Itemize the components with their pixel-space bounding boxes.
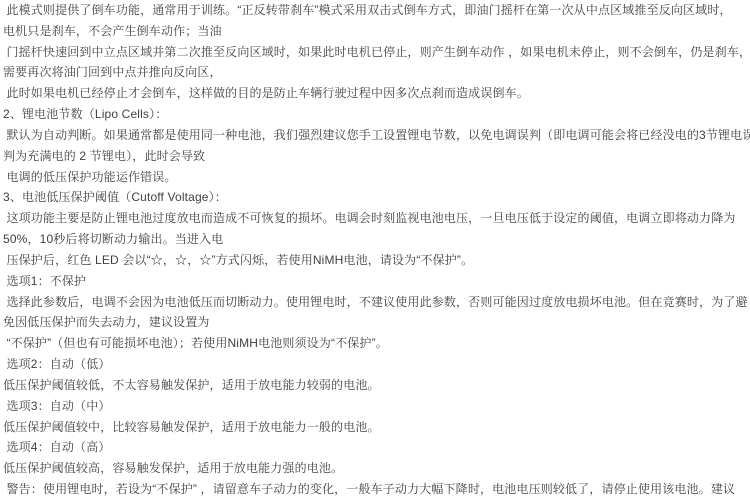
option-1-description-line-2: 免因低压保护而失去动力，建议设置为 [3,312,750,333]
option-4-label: 选项4：自动（高） [3,437,750,458]
cutoff-voltage-text-line-2: 50%，10秒后将切断动力输出。当进入电 [3,229,750,250]
option-1-description-line-1: 选择此参数后，电调不会因为电池低压而切断动力。使用锂电时，不建议使用此参数，否则… [3,292,750,313]
lipo-cells-text-line-2: 判为充满电的 2 节锂电），此时会导致 [3,146,750,167]
option-1-description-line-3: “不保护”（但也有可能损坏电池）；若使用NiMH电池则须设为“不保护”。 [3,333,750,354]
warning-text-line: 警告：使用锂电时，若设为“不保护” ，请留意车子动力的变化，一般车子动力大幅下降… [3,479,750,500]
reverse-mode-text-line-3: 门摇杆快速回到中立点区域并第二次推至反向区域时，如果此时电机已停止，则产生倒车动… [3,42,750,63]
cutoff-voltage-text-line-1: 这项功能主要是防止锂电池过度放电而造成不可恢复的损坏。电调会时刻监视电池电压，一… [3,208,750,229]
option-3-label: 选项3：自动（中） [3,396,750,417]
section-cutoff-voltage-heading: 3、电池低压保护阈值（Cutoff Voltage）： [3,187,750,208]
reverse-mode-text-line-5: 此时如果电机已经停止才会倒车，这样做的目的是防止车辆行驶过程中因多次点刹而造成误… [3,83,750,104]
document-page: 此模式则提供了倒车功能，通常用于训练。“正反转带刹车”模式采用双击式倒车方式，即… [0,0,750,500]
option-1-label: 选项1：不保护 [3,271,750,292]
reverse-mode-text-line-2: 电机只是刹车，不会产生倒车动作；当油 [3,21,750,42]
option-2-description: 低压保护阈值较低，不太容易触发保护，适用于放电能力较弱的电池。 [3,375,750,396]
reverse-mode-text-line-1: 此模式则提供了倒车功能，通常用于训练。“正反转带刹车”模式采用双击式倒车方式，即… [3,0,750,21]
reverse-mode-text-line-4: 需要再次将油门回到中点并推向反向区， [3,62,750,83]
cutoff-voltage-text-line-3: 压保护后，红色 LED 会以“☆，☆，☆”方式闪烁，若使用NiMH电池，请设为“… [3,250,750,271]
option-3-description: 低压保护阈值较中，比较容易触发保护，适用于放电能力一般的电池。 [3,417,750,438]
section-lipo-cells-heading: 2、锂电池节数（Lipo Cells）： [3,104,750,125]
lipo-cells-text-line-3: 电调的低压保护功能运作错误。 [3,167,750,188]
option-2-label: 选项2：自动（低） [3,354,750,375]
option-4-description: 低压保护阈值较高，容易触发保护，适用于放电能力强的电池。 [3,458,750,479]
lipo-cells-text-line-1: 默认为自动判断。如果通常都是使用同一种电池，我们强烈建议您手工设置锂电节数，以免… [3,125,750,146]
